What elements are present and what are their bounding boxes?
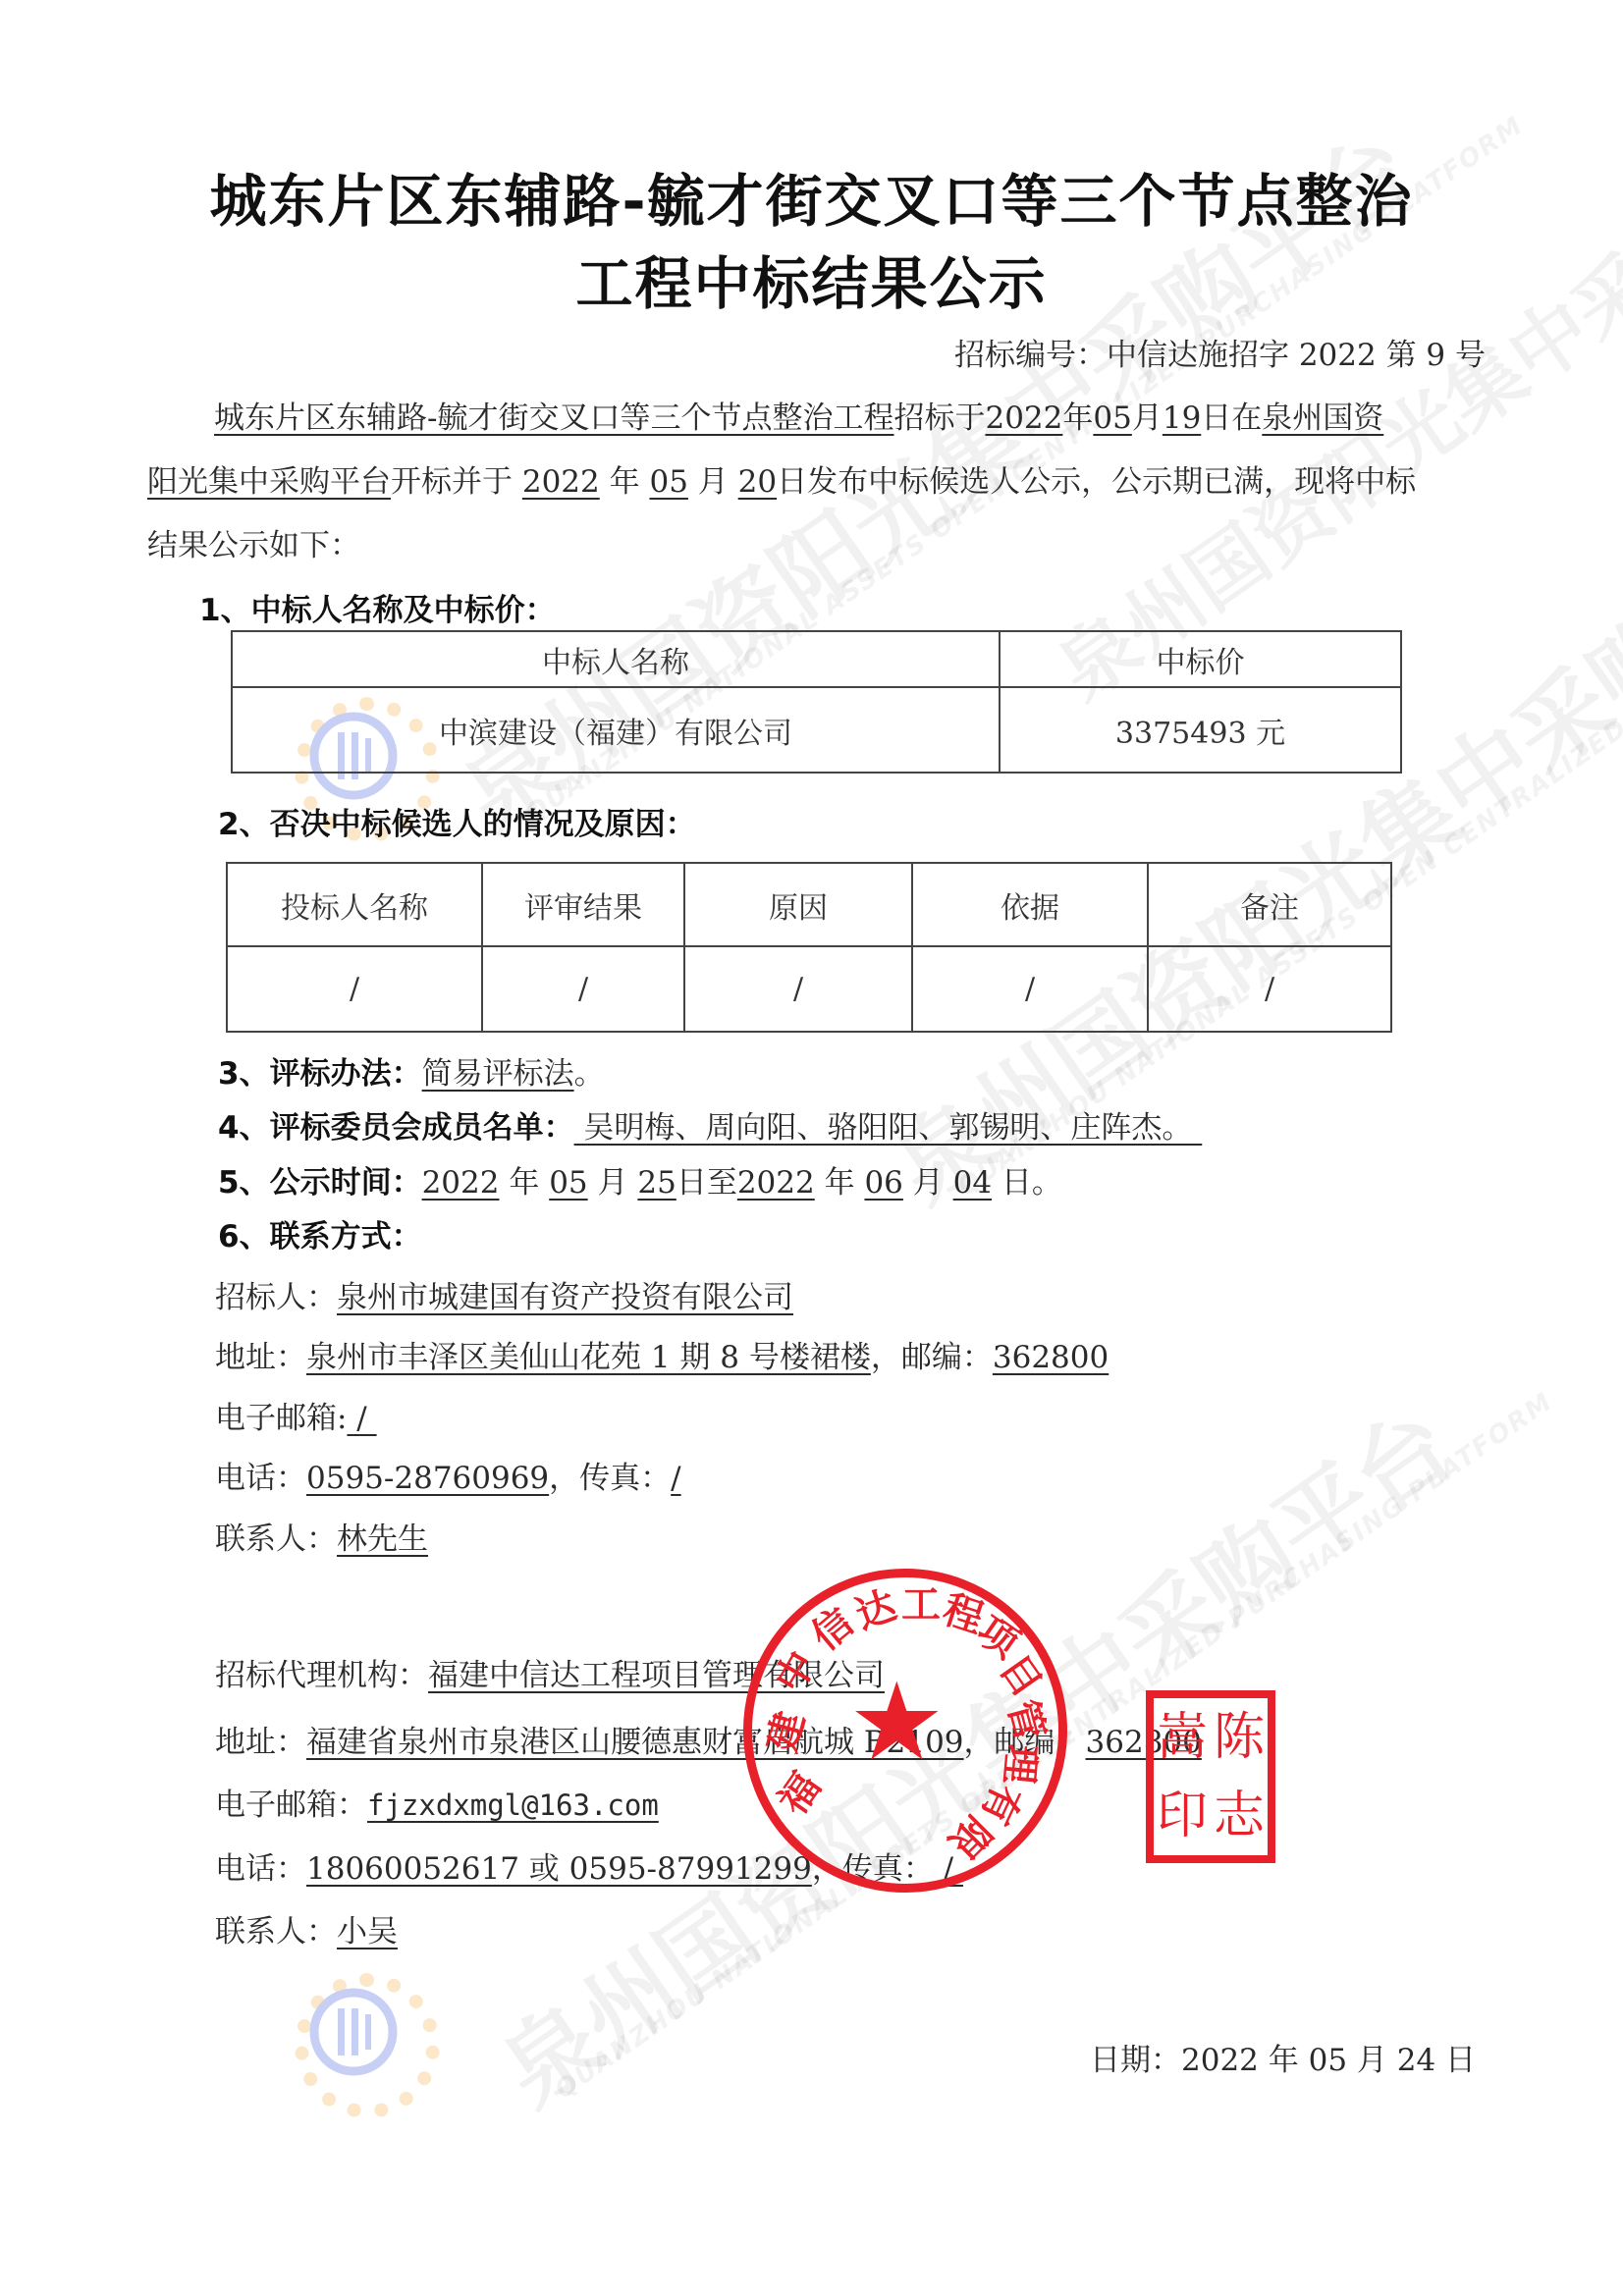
section3: 3、评标办法：简易评标法。: [218, 1048, 605, 1093]
agent-email-line: 电子邮箱：fjzxdxmgl@163.com: [215, 1780, 659, 1824]
label: 电子邮箱：: [215, 1788, 367, 1823]
section5: 5、公示时间：2022 年 05 月 25日至2022 年 06 月 04 日。: [218, 1157, 1062, 1201]
winner-table: 中标人名称 中标价 中滨建设（福建）有限公司 3375493 元: [231, 630, 1402, 774]
seal-char: 志: [1211, 1777, 1268, 1855]
table-header-cell: 依据: [912, 863, 1148, 946]
table-header-cell: 中标人名称: [232, 631, 1000, 687]
intro-text: 日发布中标候选人公示，公示期已满，现将中标: [777, 464, 1416, 500]
seal-char: 建: [751, 1705, 815, 1757]
table-cell: /: [684, 946, 912, 1032]
label: 地址：: [215, 1340, 306, 1375]
tenderer-address-line: 地址：泉州市丰泽区美仙山花苑 1 期 8 号楼裙楼，邮编：362800: [215, 1332, 1109, 1376]
table-header-cell: 评审结果: [482, 863, 684, 946]
label: 电话：: [215, 1851, 306, 1887]
text: 日至: [676, 1165, 737, 1201]
tender-number: 招标编号：中信达施招字 2022 第 9 号: [954, 330, 1486, 374]
platform-name: 阳光集中采购平台: [147, 464, 391, 500]
intro-line3: 结果公示如下：: [147, 520, 360, 564]
intro-line2: 阳光集中采购平台开标并于 2022 年 05 月 20日发布中标候选人公示，公示…: [147, 456, 1416, 501]
document-page: 城东片区东辅路-毓才街交叉口等三个节点整治 工程中标结果公示 招标编号：中信达施…: [0, 0, 1623, 2296]
open-day: 19: [1163, 400, 1201, 436]
publish-day: 20: [738, 464, 777, 500]
document-title-line1: 城东片区东辅路-毓才街交叉口等三个节点整治: [0, 155, 1623, 238]
agent-contact-line: 联系人：小吴: [215, 1906, 398, 1950]
section1-heading: 1、中标人名称及中标价：: [199, 585, 556, 629]
end-year: 2022: [737, 1165, 815, 1201]
table-cell: /: [1148, 946, 1391, 1032]
company-seal-icon: ★ 福 建 中 信 达 工 程 项 目 管 理 有 限: [743, 1569, 1067, 1893]
winner-name: 中滨建设（福建）有限公司: [232, 687, 1000, 773]
text: 日。: [992, 1165, 1062, 1201]
platform-name: 泉州国资: [1262, 400, 1383, 436]
committee-members: 吴明梅、周向阳、骆阳阳、郭锡明、庄阵杰。: [574, 1110, 1203, 1146]
label: 电子邮箱:: [215, 1401, 347, 1436]
end-day: 04: [953, 1165, 992, 1201]
text: 月: [903, 1165, 953, 1201]
section4-label: 4、评标委员会成员名单：: [218, 1110, 574, 1146]
document-title-line2: 工程中标结果公示: [0, 238, 1623, 320]
section3-label: 3、评标办法：: [218, 1056, 422, 1092]
intro-text: 年: [610, 464, 640, 500]
agent-contact: 小吴: [337, 1914, 398, 1949]
seal-char: 理: [994, 1742, 1053, 1787]
agent-phone: 18060052617 或 0595-87991299: [306, 1851, 812, 1887]
rejected-bidders-table: 投标人名称 评审结果 原因 依据 备注 / / / / /: [226, 862, 1392, 1033]
notice-date: 日期：2022 年 05 月 24 日: [1090, 2035, 1476, 2079]
label: ，邮编：: [871, 1340, 993, 1375]
punctuation: 。: [574, 1056, 605, 1092]
start-year: 2022: [422, 1165, 500, 1201]
label: 招标代理机构：: [215, 1658, 428, 1693]
start-month: 05: [549, 1165, 587, 1201]
start-day: 25: [637, 1165, 676, 1201]
intro-text: 日在: [1201, 400, 1262, 436]
intro-text: 招标于: [893, 400, 985, 436]
tenderer-address: 泉州市丰泽区美仙山花苑 1 期 8 号楼裙楼: [306, 1340, 871, 1375]
table-cell: /: [912, 946, 1148, 1032]
open-month: 05: [1093, 400, 1131, 436]
table-cell: /: [482, 946, 684, 1032]
text: 年: [499, 1165, 549, 1201]
table-header-row: 中标人名称 中标价: [232, 631, 1401, 687]
publish-year: 2022: [522, 464, 600, 500]
intro-line1: 城东片区东辅路-毓才街交叉口等三个节点整治工程招标于2022年05月19日在泉州…: [214, 393, 1383, 437]
tenderer-contact-line: 联系人：林先生: [215, 1514, 428, 1558]
table-header-cell: 中标价: [1000, 631, 1401, 687]
table-row: / / / / /: [227, 946, 1391, 1032]
project-name: 城东片区东辅路-毓才街交叉口等三个节点整治工程: [214, 400, 893, 436]
agent-email[interactable]: fjzxdxmgl@163.com: [367, 1789, 659, 1822]
tenderer-contact: 林先生: [337, 1522, 428, 1557]
seal-char: 嵩: [1154, 1698, 1211, 1777]
intro-text: 月: [1132, 400, 1163, 436]
intro-text: 开标并于: [391, 464, 513, 500]
tenderer-phone-line: 电话：0595-28760969，传真：/: [215, 1453, 681, 1497]
star-icon: ★: [848, 1668, 946, 1776]
table-header-cell: 原因: [684, 863, 912, 946]
seal-char: 陈: [1211, 1698, 1268, 1777]
text: 年: [815, 1165, 865, 1201]
personal-seal-icon: 嵩 陈 印 志: [1146, 1690, 1275, 1863]
end-month: 06: [864, 1165, 902, 1201]
seal-char: 福: [763, 1760, 832, 1824]
section6-heading: 6、联系方式：: [218, 1211, 422, 1255]
section4: 4、评标委员会成员名单： 吴明梅、周向阳、骆阳阳、郭锡明、庄阵杰。: [218, 1102, 1202, 1147]
table-header-cell: 投标人名称: [227, 863, 482, 946]
evaluation-method: 简易评标法: [422, 1056, 574, 1092]
label: 招标人：: [215, 1280, 337, 1315]
section5-label: 5、公示时间：: [218, 1165, 422, 1201]
label: 电话：: [215, 1461, 306, 1496]
publish-month: 05: [649, 464, 687, 500]
table-row: 中滨建设（福建）有限公司 3375493 元: [232, 687, 1401, 773]
section2-heading: 2、否决中标候选人的情况及原因：: [218, 799, 696, 843]
table-cell: /: [227, 946, 482, 1032]
tenderer-email: /: [347, 1401, 376, 1436]
table-header-row: 投标人名称 评审结果 原因 依据 备注: [227, 863, 1391, 946]
label: 联系人：: [215, 1914, 337, 1949]
winning-price: 3375493 元: [1000, 687, 1401, 773]
label: ，传真：: [549, 1461, 671, 1496]
intro-text: 月: [698, 464, 729, 500]
tenderer-postcode: 362800: [993, 1340, 1109, 1375]
tenderer-email-line: 电子邮箱: /: [215, 1393, 377, 1437]
tenderer-phone: 0595-28760969: [306, 1461, 549, 1496]
seal-char: 中: [759, 1639, 827, 1701]
seal-char: 印: [1154, 1777, 1211, 1855]
tenderer-name-line: 招标人：泉州市城建国有资产投资有限公司: [215, 1272, 793, 1316]
text: 月: [588, 1165, 638, 1201]
tenderer-fax: /: [671, 1461, 680, 1496]
table-header-cell: 备注: [1148, 863, 1391, 946]
seal-char: 工: [901, 1574, 941, 1629]
seal-char: 管: [997, 1693, 1060, 1745]
label: 联系人：: [215, 1522, 337, 1557]
intro-text: 年: [1062, 400, 1093, 436]
label: 地址：: [215, 1725, 306, 1760]
tenderer-name: 泉州市城建国有资产投资有限公司: [337, 1280, 793, 1315]
open-year: 2022: [985, 400, 1062, 436]
